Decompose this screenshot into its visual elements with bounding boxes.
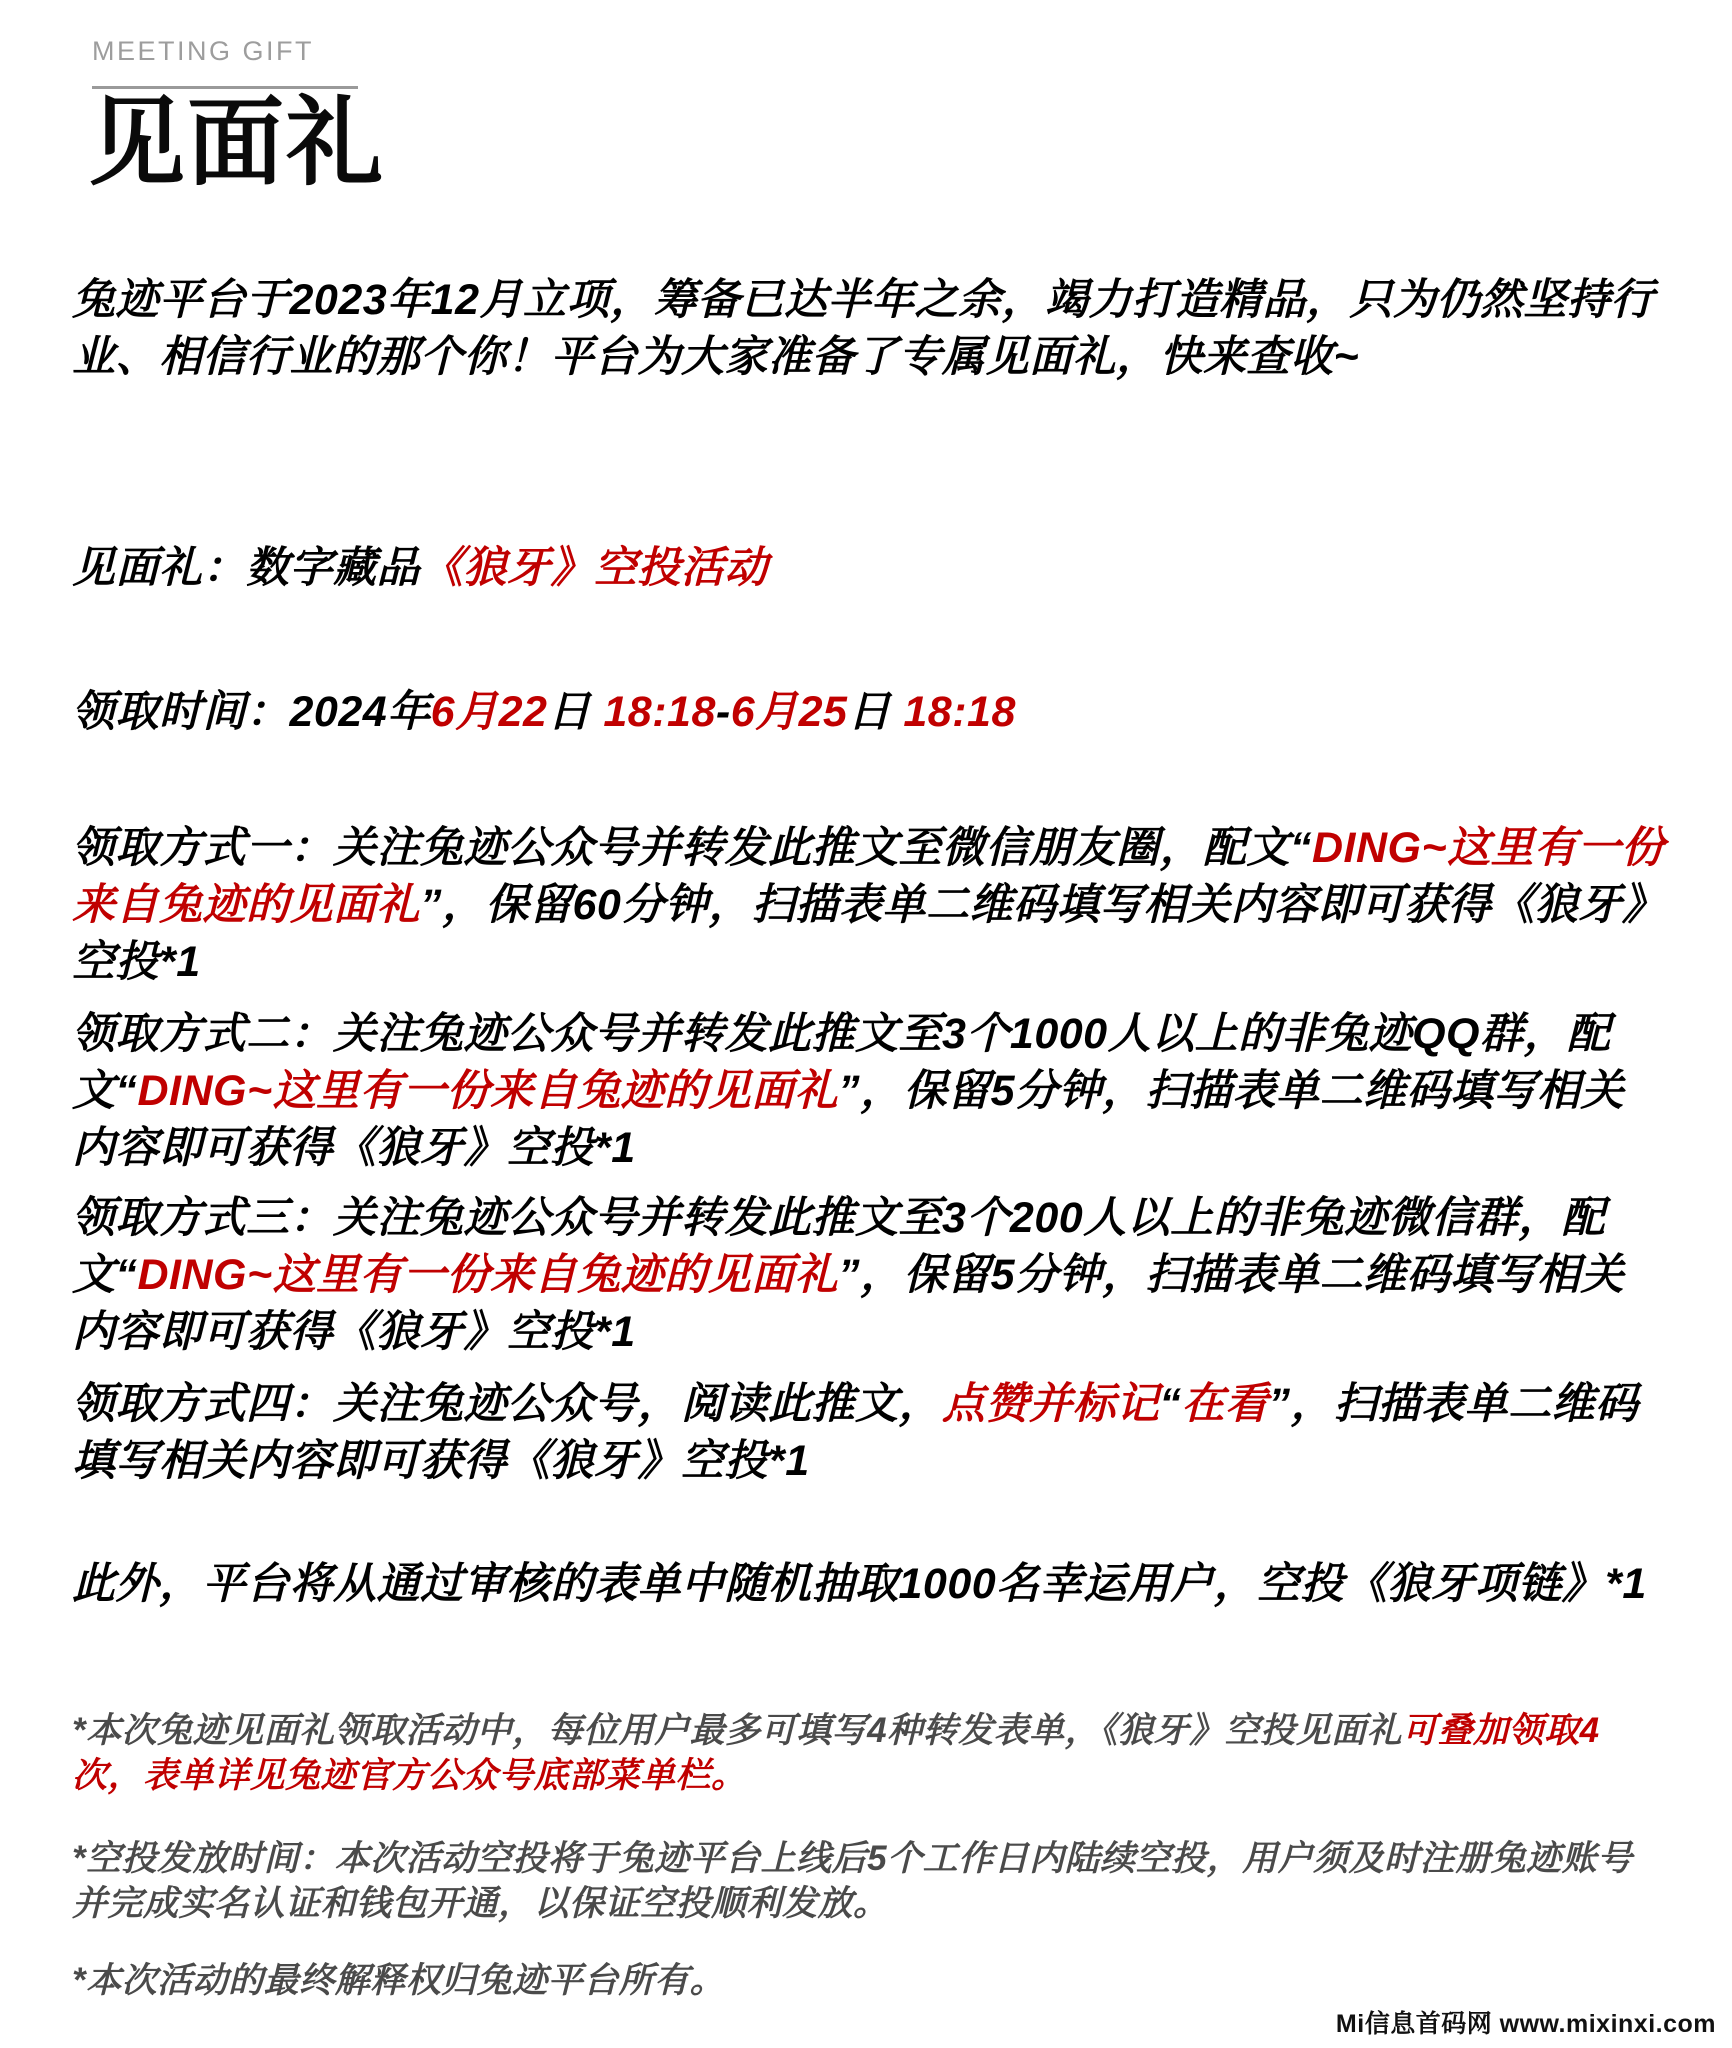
claim-method-4: 领取方式四：关注兔迹公众号，阅读此推文，点赞并标记“在看”，扫描表单二维码填写相…: [72, 1376, 1666, 1490]
claim-time-line: 领取时间：2024年6月22日 18:18-6月25日 18:18: [72, 684, 1666, 741]
intro-paragraph: 兔迹平台于2023年12月立项，筹备已达半年之余，竭力打造精品，只为仍然坚持行业…: [72, 272, 1666, 386]
footnote-2: *空投发放时间：本次活动空投将于兔迹平台上线后5个工作日内陆续空投，用户须及时注…: [72, 1836, 1666, 1926]
claim-method-1: 领取方式一：关注兔迹公众号并转发此推文至微信朋友圈，配文“DING~这里有一份来…: [72, 820, 1666, 991]
gift-line: 见面礼：数字藏品《狼牙》空投活动: [72, 540, 1666, 597]
meeting-gift-article: MEETING GIFT 见面礼 兔迹平台于2023年12月立项，筹备已达半年之…: [0, 0, 1732, 2048]
footnote-1: *本次兔迹见面礼领取活动中，每位用户最多可填写4种转发表单，《狼牙》空投见面礼可…: [72, 1708, 1666, 1798]
eyebrow-label: MEETING GIFT: [92, 36, 314, 67]
claim-method-2: 领取方式二：关注兔迹公众号并转发此推文至3个1000人以上的非兔迹QQ群，配文“…: [72, 1006, 1666, 1177]
claim-method-3: 领取方式三：关注兔迹公众号并转发此推文至3个200人以上的非兔迹微信群，配文“D…: [72, 1190, 1666, 1361]
lucky-draw-paragraph: 此外，平台将从通过审核的表单中随机抽取1000名幸运用户，空投《狼牙项链》*1: [72, 1556, 1666, 1613]
site-watermark: Mi信息首码网 www.mixinxi.com: [1336, 2004, 1716, 2040]
page-title: 见面礼: [88, 92, 385, 194]
footnote-3: *本次活动的最终解释权归兔迹平台所有。: [72, 1958, 1666, 2003]
